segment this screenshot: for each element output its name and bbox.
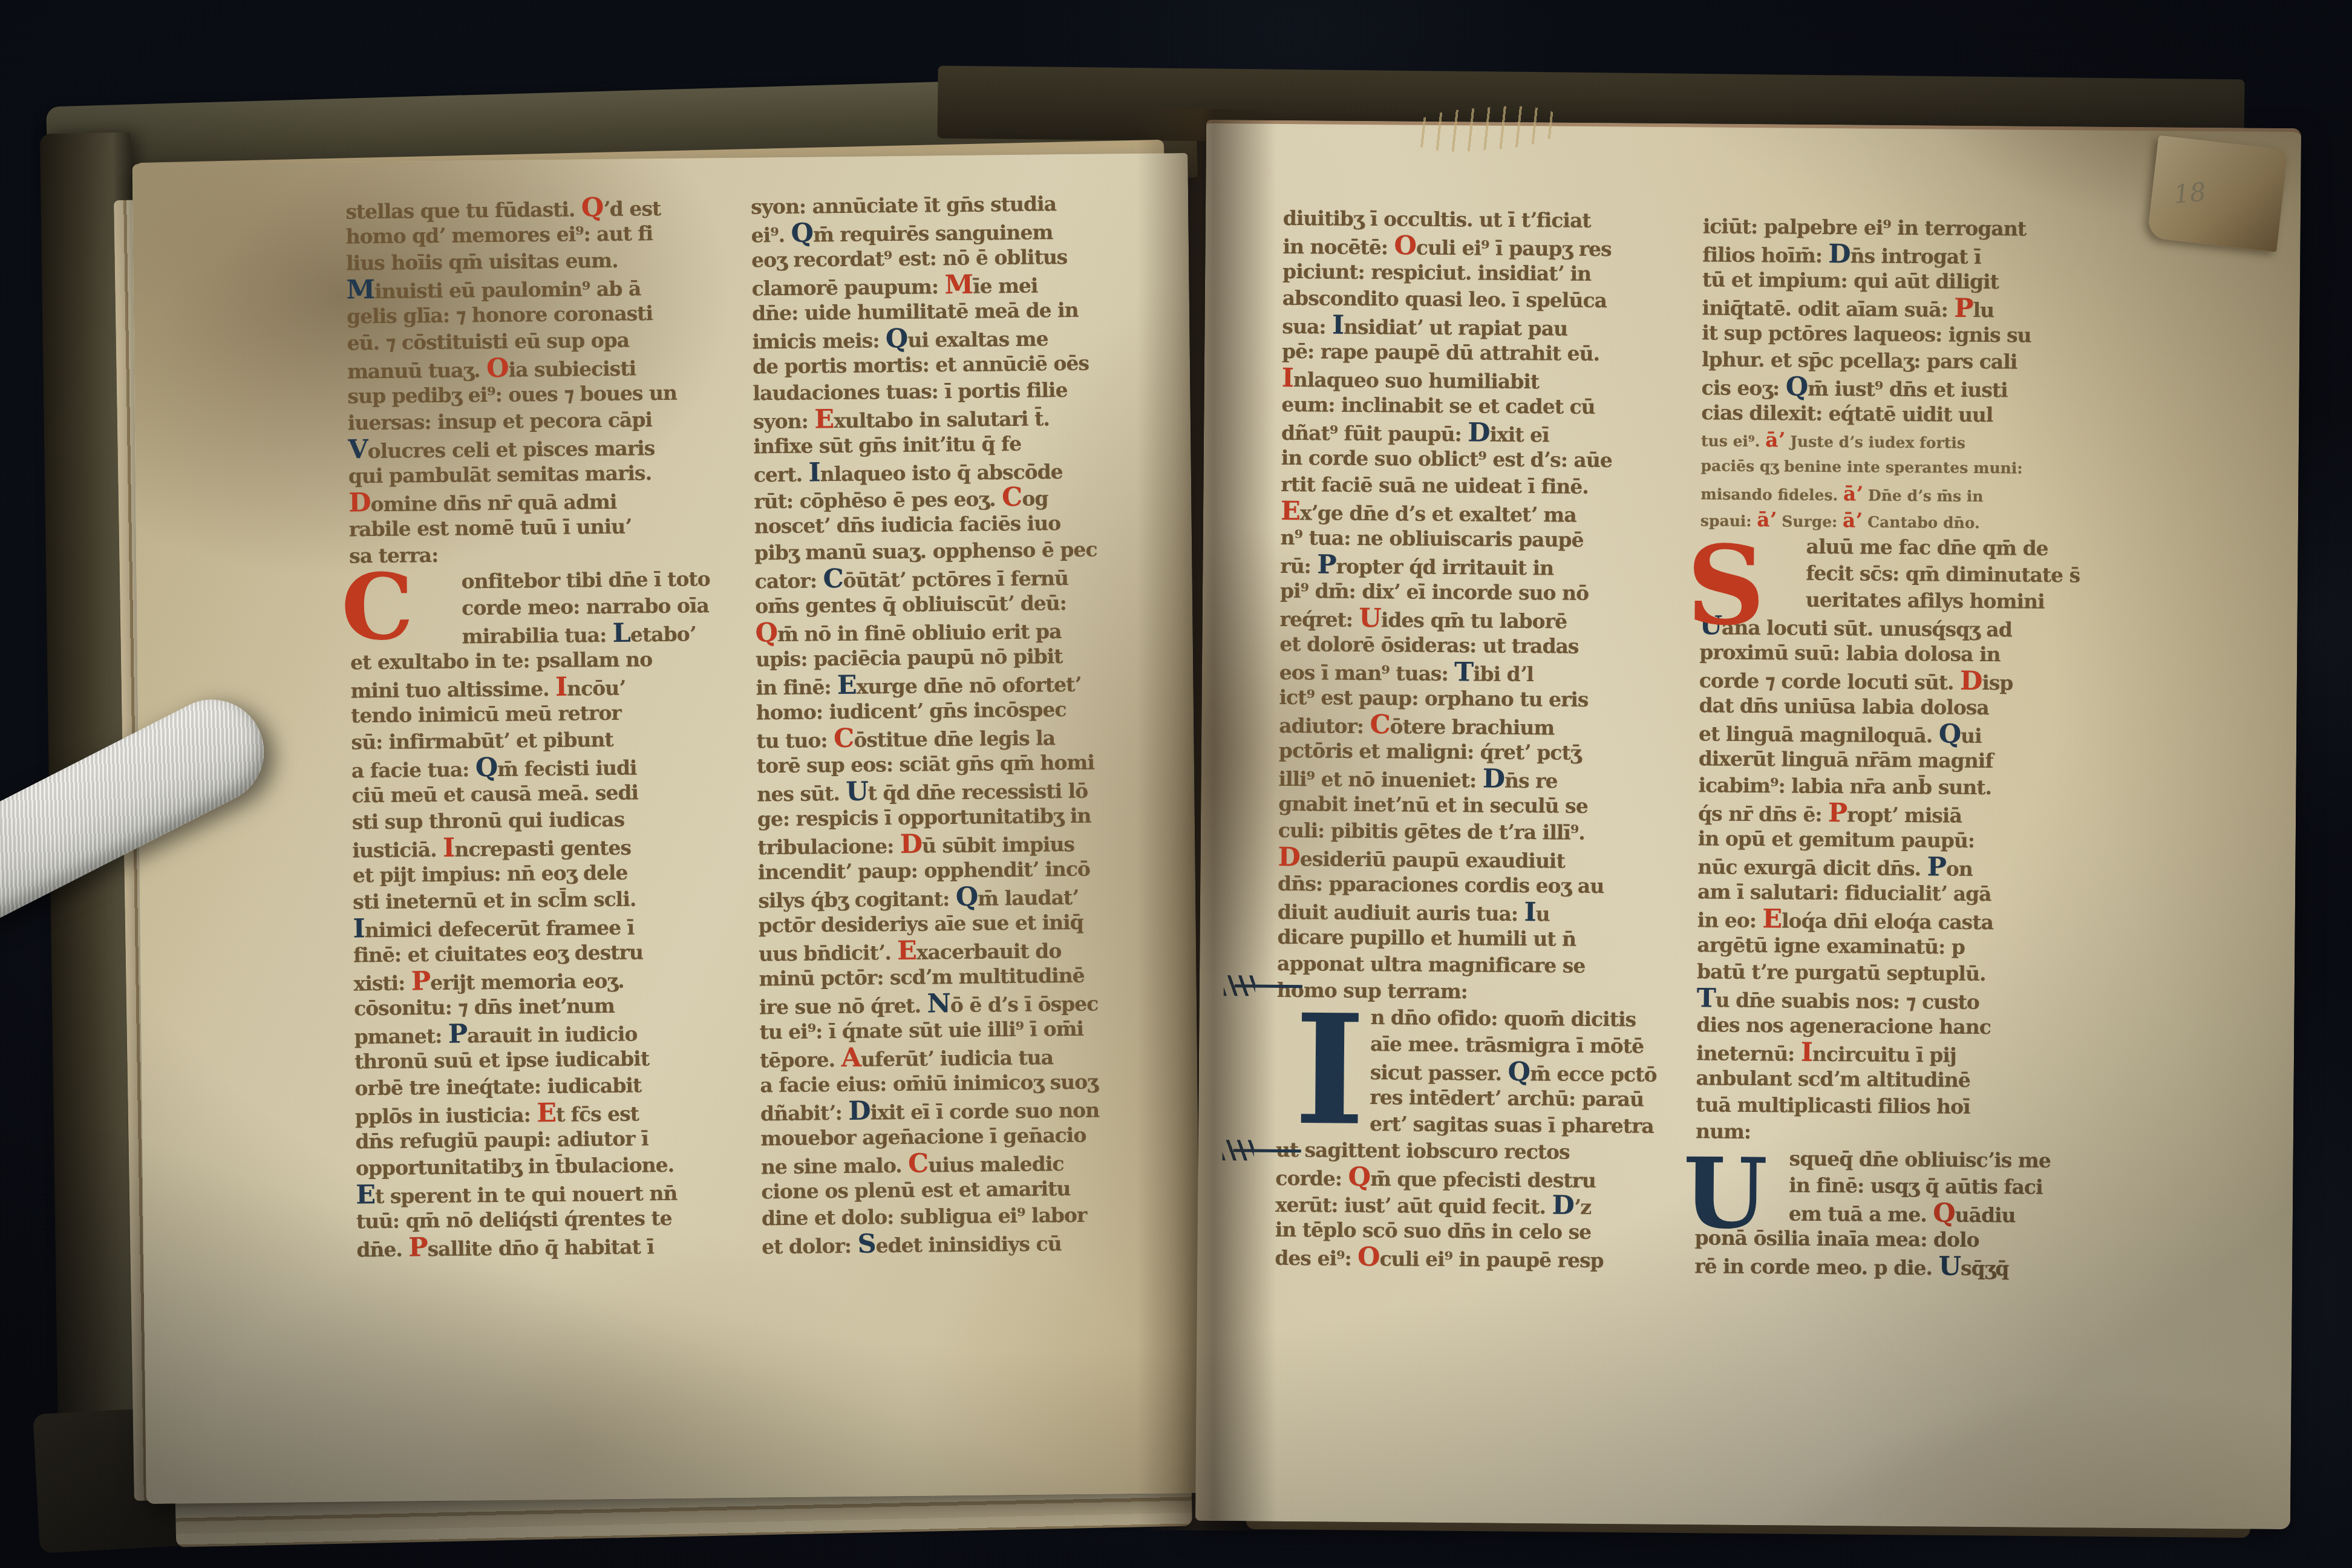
manuscript-text: inuisti eū paulomin⁹ ab ā	[374, 276, 641, 303]
manuscript-line: dñat⁹ fūit paupū: Dixit eī	[1281, 418, 1674, 448]
versal-initial: āʼ	[1843, 508, 1863, 532]
manuscript-line: ineternū: Incircuitu ī pij	[1696, 1038, 2096, 1068]
manuscript-line: xisti: Perijt memoria eoʒ.	[353, 965, 753, 996]
manuscript-text: ict⁹ est paup: orphano tu eris	[1279, 685, 1588, 711]
manuscript-text: og	[1022, 486, 1048, 510]
manuscript-text: et dolor:	[762, 1234, 858, 1259]
manuscript-text: ncrepasti gentes	[454, 836, 631, 861]
manuscript-text: ōstitue dn̄e legis la	[854, 726, 1055, 751]
manuscript-line: sti sup thronū qui iudicas	[352, 805, 751, 836]
versal-initial: I	[1282, 363, 1293, 393]
manuscript-line: incenditʼ paup: opphenditʼ incō	[758, 855, 1157, 886]
manuscript-text: illi⁹ et nō inueniet:	[1278, 767, 1483, 792]
manuscript-line: corde ⁊ corde locuti sūt. Disp	[1699, 665, 2099, 695]
manuscript-line: a facie eius: om̄iū inimicoʒ suoʒ	[760, 1068, 1159, 1099]
versal-initial: V	[348, 434, 368, 465]
manuscript-text: ō ē dʼs ī ōspec	[950, 992, 1099, 1018]
manuscript-text: tendo inimicū meū retror	[351, 701, 621, 728]
manuscript-line: laudaciones tuas: ī portis filie	[753, 376, 1152, 407]
manuscript-text: pmanet:	[354, 1024, 448, 1049]
manuscript-text: et pijt impius: nn̄ eoʒ dele	[353, 861, 628, 887]
manuscript-line: pibʒ manū suaʒ. opphenso ē pec	[754, 536, 1154, 567]
manuscript-line: ne sine malo. Cuius maledic	[761, 1148, 1160, 1178]
versal-initial: Q	[1933, 1198, 1955, 1228]
manuscript-text: m̄ iust⁹ dn̄s et iusti	[1808, 377, 2008, 402]
manuscript-line: tu ei⁹: ī q́nate sūt uie illi⁹ ī om̄i	[759, 1015, 1158, 1046]
manuscript-text: torē sup eos: sciāt gn̄s qm̄ homi	[757, 751, 1094, 778]
manuscript-text: upis: paciēcia paupū nō pibit	[756, 644, 1063, 671]
manuscript-line: Exʼge dn̄e dʼs et exaltetʼ ma	[1281, 498, 1674, 528]
manuscript-text: xisti:	[353, 971, 411, 995]
drop-cap-in-domino: I	[1294, 994, 1366, 1146]
manuscript-text: omine dn̄s nr̄ quā admi	[370, 490, 616, 516]
manuscript-text: paciēs qʒ benine inte sperantes muni:	[1701, 457, 2023, 477]
manuscript-text: a facie eius: om̄iū inimicoʒ suoʒ	[760, 1070, 1098, 1097]
versal-initial: P	[448, 1019, 468, 1049]
manuscript-line: batū tʼre purgatū septuplū.	[1697, 958, 2096, 988]
manuscript-text: dies nos ageneracione hanc	[1696, 1013, 1991, 1039]
versal-initial: Q	[955, 882, 978, 912]
manuscript-text: sti sup thronū qui iudicas	[352, 808, 625, 834]
manuscript-text: nlaqueo suo humiliabit	[1293, 368, 1540, 393]
drop-cap-confitebor: C	[341, 561, 414, 653]
manuscript-line: dn̄e. Psallite dn̄o q̄ habitat ī	[356, 1231, 756, 1262]
manuscript-line: tū et impium: qui aūt diligit	[1702, 266, 2102, 296]
manuscript-text: incenditʼ paup: opphenditʼ incō	[758, 857, 1091, 884]
versal-initial: āʼ	[1765, 428, 1785, 451]
manuscript-line: imicis meis: Qui exaltas me	[752, 323, 1151, 354]
manuscript-text: cias dilexit: eq́tatē uidit uul	[1701, 400, 1993, 426]
manuscript-text: stellas que tu fūdasti.	[345, 197, 581, 223]
manuscript-text: t fc̄s est	[556, 1102, 639, 1126]
versal-initial: Q	[1348, 1162, 1370, 1192]
manuscript-line: rabile est nomē tuū ī uniuʼ	[349, 512, 748, 543]
manuscript-line: lphur. et sp̄c pcellaʒ: pars cali	[1702, 346, 2101, 376]
manuscript-line: in eo: Eloq́a dn̄i eloq́a casta	[1697, 905, 2097, 935]
manuscript-text: ncircuitu ī pij	[1812, 1042, 1956, 1067]
versal-initial: C	[1370, 710, 1390, 740]
manuscript-text: tu tuo:	[756, 728, 834, 753]
manuscript-text: iuersas: insup et pecora cāpi	[348, 408, 652, 434]
manuscript-text: syon:	[753, 409, 815, 433]
manuscript-text: noscetʼ dn̄s iudicia faciēs iuo	[754, 511, 1061, 538]
manuscript-text: u	[1536, 902, 1550, 926]
manuscript-line: lius hoīis qm̄ uisitas eum.	[346, 246, 745, 277]
versal-initial: Q	[1786, 371, 1808, 402]
manuscript-line: xerūt: iustʼ aūt quid fecit. Dʼz	[1275, 1190, 1668, 1220]
manuscript-line: thronū suū et ipse iudicabit	[354, 1045, 754, 1076]
manuscript-text: tu ei⁹: ī q́nate sūt uie illi⁹ ī om̄i	[759, 1017, 1083, 1044]
manuscript-line: in finē: Exurge dn̄e nō ofortetʼ	[756, 669, 1155, 700]
manuscript-text: ōtere brachium	[1390, 714, 1555, 739]
versal-initial: Q	[581, 192, 604, 223]
manuscript-line: tus ei⁹. āʼ Juste dʼs iudex fortis	[1701, 426, 2100, 456]
manuscript-line: om̄s gentes q̄ obliuiscūtʼ deū:	[755, 589, 1154, 620]
manuscript-line: noscetʼ dn̄s iudicia faciēs iuo	[754, 509, 1154, 540]
manuscript-text: n⁹ tua: ne obliuiscaris paupē	[1281, 526, 1584, 552]
versal-initial: Q	[1508, 1057, 1530, 1087]
manuscript-text: minū pctōr: scdʼm multitudinē	[759, 964, 1084, 991]
manuscript-line: ge: respicis ī opportunitatibʒ in	[757, 802, 1157, 833]
versal-initial: I	[555, 672, 567, 702]
manuscript-line: qui pambulāt semitas maris.	[348, 459, 748, 490]
manuscript-text: diuitibʒ ī occultis. ut ī tʼficiat	[1283, 206, 1591, 232]
manuscript-text: sicut passer.	[1370, 1060, 1508, 1085]
text-column: iciūt: palpebre ei⁹ in terrogantfilios h…	[1694, 213, 2102, 1281]
manuscript-line: req́ret: Uides qm̄ tu laborē	[1279, 604, 1673, 634]
versal-initial: P	[1317, 549, 1336, 580]
manuscript-text: lius hoīis qm̄ uisitas eum.	[346, 249, 618, 275]
manuscript-line: minū pctōr: scdʼm multitudinē	[759, 962, 1158, 993]
manuscript-text: lu	[1973, 298, 1994, 322]
manuscript-text: dine et dolo: subligua ei⁹ labor	[762, 1203, 1087, 1230]
versal-initial: C	[834, 724, 854, 754]
manuscript-line: Tu dn̄e suabis nos: ⁊ custo	[1697, 985, 2096, 1014]
manuscript-line: piciunt: respiciut. insidiatʼ in	[1282, 258, 1676, 288]
manuscript-text: eoʒ recordat⁹ est: nō ē oblitus	[751, 245, 1068, 272]
manuscript-line: rūt: cōphēso ē pes eoʒ. Cog	[754, 483, 1153, 514]
versal-initial: D	[1278, 842, 1300, 872]
manuscript-text: ire sue nō q́ret.	[759, 994, 927, 1019]
manuscript-line: it sup pctōres laqueos: ignis su	[1702, 319, 2101, 349]
versal-initial: D	[1828, 239, 1851, 269]
manuscript-text: iniq̄tatē. odit aīam suā:	[1702, 296, 1955, 321]
manuscript-text: dn̄s refugiū paupi: adiutor ī	[355, 1126, 648, 1153]
manuscript-line: Inlaqueo suo humiliabit	[1282, 365, 1675, 394]
manuscript-text: aluū me fac dn̄e qm̄ de	[1806, 535, 2048, 560]
manuscript-line: culi: pibitis gētes de tʼra illī⁹.	[1278, 817, 1671, 847]
manuscript-text: tēpore.	[760, 1048, 841, 1072]
versal-initial: E	[814, 404, 834, 434]
manuscript-text: in eo:	[1697, 908, 1763, 932]
manuscript-line: adiutor: Cōtere brachium	[1279, 711, 1672, 740]
manuscript-text: ixit eī	[1489, 423, 1549, 447]
manuscript-text: u dn̄e suabis nos: ⁊ custo	[1715, 988, 1979, 1014]
text-column: syon: annūciate īt gn̄s studiaei⁹. Qm̄ r…	[751, 190, 1161, 1259]
manuscript-text: tribulacione:	[757, 834, 900, 859]
manuscript-text: uferūtʼ iudicia tua	[861, 1045, 1053, 1071]
manuscript-text: tuā multiplicasti filios hoī	[1696, 1093, 1970, 1119]
manuscript-text: culi: pibitis gētes de tʼra illī⁹.	[1278, 818, 1585, 844]
manuscript-line: tuā multiplicasti filios hoī	[1696, 1091, 2095, 1121]
manuscript-text: onfitebor tibi dn̄e ī toto	[461, 567, 710, 593]
manuscript-text: culi ei⁹ ī paupʒ res	[1416, 236, 1612, 261]
manuscript-text: it sup pctōres laqueos: ignis su	[1702, 321, 2031, 347]
manuscript-line: Inimici defecerūt framee ī	[353, 912, 752, 942]
manuscript-text: adiutor:	[1279, 714, 1370, 738]
manuscript-text: ʼd est	[603, 197, 661, 221]
manuscript-line: dies nos ageneracione hanc	[1696, 1011, 2096, 1041]
manuscript-line: nūc exurgā dicit dn̄s. Pon	[1697, 852, 2097, 881]
manuscript-text: ixit eī ī corde suo non	[870, 1099, 1099, 1125]
manuscript-text: ū sūbit impius	[922, 832, 1074, 858]
versal-initial: āʼ	[1843, 482, 1863, 505]
versal-initial: D	[900, 829, 922, 860]
versal-initial: S	[857, 1229, 876, 1259]
manuscript-text: ana locuti sūt. unusq́sqʒ ad	[1722, 616, 2012, 642]
manuscript-text: dñabitʼ:	[760, 1101, 849, 1126]
manuscript-line: sua: Insidiatʼ ut rapiat pau	[1282, 312, 1675, 341]
manuscript-line: illi⁹ et nō inueniet: Dn̄s re	[1278, 764, 1671, 794]
manuscript-text: sua:	[1282, 315, 1332, 339]
manuscript-text: diuit audiuit auris tua:	[1278, 900, 1524, 926]
manuscript-line: syon: annūciate īt gn̄s studia	[751, 190, 1150, 221]
manuscript-line: ei⁹. Qm̄ requirēs sanguinem	[751, 217, 1150, 247]
manuscript-line: rtit faciē suā ne uideat ī finē.	[1281, 471, 1674, 501]
manuscript-line: eum: inclinabit se et cadet cū	[1281, 391, 1674, 421]
manuscript-text: ge: respicis ī opportunitatibʒ in	[757, 804, 1091, 831]
manuscript-line: iuersas: insup et pecora cāpi	[348, 406, 747, 437]
manuscript-line: pctōr desideriys aīe sue et iniq̄	[758, 909, 1157, 939]
versal-initial: Q	[886, 324, 908, 354]
manuscript-text: xurge dn̄e nō ofortetʼ	[856, 673, 1081, 699]
manuscript-text: piciunt: respiciut. insidiatʼ in	[1282, 260, 1591, 286]
manuscript-text: sq̄ʒq̄	[1961, 1256, 2009, 1281]
manuscript-line: dn̄s: pparaciones cordis eoʒ au	[1278, 871, 1671, 900]
manuscript-line: et linguā magniloquā. Qui	[1699, 719, 2098, 748]
manuscript-text: culi ei⁹ in paupē resp	[1379, 1247, 1603, 1272]
manuscript-line: des ei⁹: Oculi ei⁹ in paupē resp	[1275, 1243, 1668, 1273]
manuscript-text: roptʼ misiā	[1847, 803, 1962, 827]
manuscript-text: pē: rape paupē dū attrahit eū.	[1282, 339, 1599, 365]
manuscript-text: q́s nr̄ dn̄s ē:	[1698, 802, 1828, 826]
manuscript-text: imicis meis:	[752, 328, 886, 353]
versal-initial: D	[1483, 764, 1505, 794]
manuscript-text: m̄ fecisti iudi	[497, 756, 637, 781]
manuscript-text: argētū igne examinatū: p	[1697, 933, 1965, 958]
manuscript-text: etaboʼ	[630, 622, 696, 646]
manuscript-text: pi⁹ dm̄: dixʼ eī incorde suo nō	[1280, 579, 1589, 605]
manuscript-line: cator: Cōūtātʼ pctōres ī fernū	[754, 563, 1154, 593]
manuscript-text: des ei⁹:	[1275, 1246, 1357, 1270]
manuscript-line: dicare pupillo et humili ut n̄	[1277, 924, 1670, 953]
manuscript-line: icabim⁹: labia nr̄a anb̄ sunt.	[1698, 772, 2097, 802]
manuscript-text: m̄ ecce pctō	[1530, 1062, 1657, 1086]
versal-initial: U	[1938, 1251, 1961, 1281]
versal-initial: I	[443, 833, 455, 863]
turned-page-corner	[2147, 136, 2288, 252]
manuscript-text: rabile est nomē tuū ī uniuʼ	[349, 515, 632, 541]
drop-cap-salvum: S	[1686, 531, 1765, 641]
manuscript-line: argētū igne examinatū: p	[1697, 932, 2096, 961]
manuscript-text: syon: annūciate īt gn̄s studia	[751, 192, 1056, 218]
manuscript-line: a facie tua: Qm̄ fecisti iudi	[351, 752, 751, 783]
manuscript-text: edet ininsidiys cū	[875, 1232, 1061, 1257]
versal-initial: D	[1960, 666, 1982, 696]
manuscript-line: mouebor agen̄acione ī gen̄acio	[760, 1121, 1160, 1152]
manuscript-line: manuū tuaʒ. Oia subiecisti	[347, 353, 746, 384]
manuscript-line: gnabit inetʼnū et in seculū se	[1278, 791, 1671, 820]
manuscript-line: cōsonitu: ⁊ dn̄s inetʼnum	[354, 991, 753, 1022]
manuscript-line: eū. ⁊ cōstituisti eū sup opa	[347, 326, 746, 357]
manuscript-text: om̄s gentes q̄ obliuiscūtʼ deū:	[755, 591, 1067, 618]
manuscript-line: torē sup eos: sciāt gn̄s qm̄ homi	[757, 749, 1156, 780]
manuscript-line: finē: et ciuitates eoʒ destru	[353, 938, 753, 969]
manuscript-line: et dolorē ōsideras: ut tradas	[1279, 631, 1673, 661]
versal-initial: P	[408, 1232, 428, 1263]
manuscript-line: ict⁹ est paup: orphano tu eris	[1279, 684, 1672, 714]
manuscript-text: req́ret:	[1279, 607, 1359, 632]
manuscript-text: cator:	[755, 569, 823, 593]
manuscript-line: de portis mortis: et annūciē oēs	[753, 350, 1152, 381]
manuscript-line: stellas que tu fūdasti. Qʼd est	[345, 193, 745, 224]
manuscript-text: gelis glīa: ⁊ honore coronasti	[347, 301, 653, 328]
manuscript-text: laudaciones tuas: ī portis filie	[753, 378, 1067, 405]
manuscript-line: tendo inimicū meū retror	[351, 699, 750, 730]
manuscript-text: orbē tre ineq́tate: iudicabit	[354, 1073, 641, 1100]
manuscript-text: dñat⁹ fūit paupū:	[1281, 421, 1468, 446]
manuscript-text: gnabit inetʼnū et in seculū se	[1278, 792, 1588, 818]
manuscript-text: ei⁹.	[751, 223, 791, 247]
manuscript-line: opportunitatibʒ in t̄bulacione.	[356, 1151, 755, 1182]
versal-initial: I	[1524, 897, 1535, 927]
manuscript-line: iusticiā. Increpasti gentes	[352, 832, 751, 863]
versal-initial: T	[1454, 657, 1473, 687]
manuscript-line: tēpore. Auferūtʼ iudicia tua	[760, 1042, 1159, 1073]
manuscript-line: homo qdʼ memores ei⁹: aut fi	[345, 220, 745, 250]
versal-initial: Q	[755, 618, 777, 648]
manuscript-text: dat dn̄s uniūsa labia dolosa	[1699, 693, 1989, 719]
manuscript-line: Qm̄ nō in finē obliuio erit pa	[755, 616, 1154, 647]
manuscript-text: am ī salutari: fiducialitʼ agā	[1697, 880, 1991, 906]
manuscript-text: rū:	[1280, 554, 1317, 578]
manuscript-text: homo qdʼ memores ei⁹: aut fi	[346, 221, 653, 248]
manuscript-line: pmanet: Parauit in iudicio	[354, 1018, 753, 1049]
manuscript-line: in corde suo oblict⁹ est dʼs: aūe	[1281, 445, 1674, 474]
manuscript-text: sū: infirmabūtʼ et pibunt	[351, 728, 613, 754]
manuscript-text: m̄ requirēs sanguinem	[813, 220, 1053, 246]
versal-initial: Q	[475, 753, 498, 783]
manuscript-line: apponat ultra magnificare se	[1277, 950, 1670, 980]
manuscript-text: ncōuʼ	[567, 676, 626, 701]
manuscript-line: q́s nr̄ dn̄s ē: Proptʼ misiā	[1698, 799, 2097, 828]
drop-cap-usquequo: U	[1683, 1145, 1768, 1242]
manuscript-line: corde: Qm̄ que pfecisti destru	[1275, 1163, 1668, 1193]
manuscript-line: in opū et gemitum paupū:	[1698, 825, 2097, 855]
manuscript-line: pplōs in iusticia: Et fc̄s est	[355, 1098, 754, 1129]
manuscript-text: nes sūt.	[757, 782, 846, 806]
manuscript-line: nes sūt. Ut q̄d dn̄e recessisti lō	[757, 776, 1156, 806]
manuscript-text: uus bn̄dicitʼ.	[759, 941, 897, 965]
manuscript-text: misando fideles.	[1700, 485, 1843, 504]
manuscript-text: isp	[1982, 671, 2013, 694]
manuscript-text: et dolorē ōsideras: ut tradas	[1279, 632, 1579, 658]
versal-initial: E	[897, 936, 916, 966]
manuscript-text: loq́a dn̄i eloq́a casta	[1782, 909, 1993, 934]
manuscript-text: finē: et ciuitates eoʒ destru	[353, 940, 643, 967]
versal-initial: E	[1281, 496, 1300, 526]
manuscript-text: Cantabo dn̄o.	[1862, 513, 1979, 532]
manuscript-text: ui exaltas me	[907, 327, 1048, 351]
manuscript-line: pctōris et maligni: q́retʼ pctʒ̄	[1279, 737, 1672, 767]
manuscript-text: homo: iudicentʼ gn̄s incōspec	[756, 697, 1067, 724]
versal-initial: E	[837, 670, 857, 701]
manuscript-line: tuū: qm̄ nō deliq́sti q́rentes te	[356, 1204, 756, 1235]
manuscript-line: homo: iudicentʼ gn̄s incōspec	[756, 696, 1155, 727]
manuscript-text: t q̄d dn̄e recessisti lō	[867, 779, 1088, 805]
manuscript-line: cert. Inlaqueo isto q̄ abscōde	[754, 456, 1153, 487]
manuscript-line: upis: paciēcia paupū nō pibit	[756, 642, 1155, 673]
manuscript-text: ʼz	[1574, 1195, 1592, 1219]
manuscript-text: fecit sc̄s: qm̄ diminutate s̄	[1806, 561, 2080, 587]
manuscript-text: uius maledic	[928, 1152, 1064, 1177]
versal-initial: L	[612, 618, 630, 648]
manuscript-text: tus ei⁹.	[1701, 432, 1765, 450]
manuscript-text: ineternū:	[1696, 1041, 1801, 1065]
manuscript-line: Desideriū paupū exaudiuit	[1278, 844, 1671, 874]
manuscript-text: tuū: qm̄ nō deliq́sti q́rentes te	[356, 1206, 672, 1233]
manuscript-text: sti ineternū et in scl̄m scli.	[353, 887, 636, 914]
manuscript-text: filios hoīm̄:	[1702, 243, 1828, 267]
manuscript-line: iciūt: palpebre ei⁹ in terrogant	[1703, 213, 2102, 243]
manuscript-line: dñabitʼ: Dixit eī ī corde suo non	[760, 1094, 1160, 1125]
versal-initial: I	[1801, 1037, 1812, 1068]
manuscript-text: eum: inclinabit se et cadet cū	[1281, 393, 1595, 419]
manuscript-text: tū et impium: qui aūt diligit	[1702, 267, 1999, 293]
manuscript-text: xultabo in salutari t̄.	[834, 407, 1050, 433]
manuscript-text: mouebor agen̄acione ī gen̄acio	[760, 1123, 1086, 1151]
manuscript-text: qui pambulāt semitas maris.	[348, 461, 652, 488]
manuscript-line: am ī salutari: fiducialitʼ agā	[1697, 878, 2097, 908]
manuscript-text: n dn̄o ofido: quom̄ dicitis	[1370, 1005, 1636, 1031]
manuscript-text: ibi dʼl	[1473, 662, 1534, 686]
manuscript-text: corde meo: narrabo oīa	[462, 593, 709, 619]
versal-initial: P	[1954, 293, 1973, 324]
manuscript-text: icabim⁹: labia nr̄a anb̄ sunt.	[1698, 773, 1991, 799]
manuscript-text: et linguā magniloquā.	[1699, 722, 1939, 747]
manuscript-text: ertʼ sagitas suas ī pharetra	[1370, 1112, 1654, 1138]
versal-initial: E	[537, 1098, 556, 1128]
versal-initial: D	[1552, 1190, 1574, 1220]
manuscript-text: aīe mee. trāsmigra ī mōtē	[1370, 1032, 1644, 1058]
manuscript-line: dine et dolo: subligua ei⁹ labor	[762, 1201, 1161, 1232]
versal-initial: T	[1697, 983, 1716, 1013]
manuscript-text: m̄ nō in finē obliuio erit pa	[777, 619, 1062, 646]
manuscript-text: arauit in iudicio	[467, 1022, 638, 1048]
versal-initial: P	[1927, 852, 1946, 882]
versal-initial: C	[908, 1149, 929, 1179]
manuscript-text: Dn̄e dʼs m̄s in	[1863, 486, 1983, 505]
manuscript-text: eū. ⁊ cōstituisti eū sup opa	[347, 328, 629, 355]
manuscript-text: dn̄e: uide humilitatē meā de in	[752, 298, 1079, 325]
versal-initial: E	[1762, 904, 1782, 934]
manuscript-line: dixerūt linguā nr̄ām magnif	[1699, 745, 2098, 775]
manuscript-line: cias dilexit: eq́tatē uidit uul	[1701, 399, 2100, 429]
left-page: stellas que tu fūdasti. Qʼd esthomo qdʼ …	[132, 153, 1201, 1504]
versal-initial: E	[356, 1180, 375, 1210]
manuscript-line: filios hoīm̄: Dn̄s introgat ī	[1702, 240, 2102, 269]
versal-initial: O	[486, 353, 509, 384]
manuscript-text: mini tuo altissime.	[350, 677, 555, 703]
manuscript-text: nsidiatʼ ut rapiat pau	[1344, 315, 1567, 341]
manuscript-text: nlaqueo isto q̄ abscōde	[820, 460, 1062, 486]
manuscript-text: apponat ultra magnificare se	[1277, 952, 1586, 978]
manuscript-text: rūt: cōphēso ē pes eoʒ.	[754, 487, 1002, 513]
manuscript-text: t sperent in te qui nouert nn̄	[375, 1181, 678, 1208]
manuscript-line: pē: rape paupē dū attrahit eū.	[1282, 338, 1675, 368]
versal-initial: I	[1332, 310, 1344, 341]
manuscript-line: sti ineternū et in scl̄m scli.	[353, 885, 752, 916]
versal-initial: M	[944, 270, 973, 300]
manuscript-text: n̄s re	[1504, 769, 1558, 793]
manuscript-text: ia subiecisti	[508, 356, 636, 381]
versal-initial: P	[1828, 798, 1847, 828]
manuscript-line: clamorē paupum: Mīe mei	[751, 270, 1151, 301]
manuscript-line: gelis glīa: ⁊ honore coronasti	[347, 299, 746, 330]
manuscript-line: eoʒ recordat⁹ est: nō ē oblitus	[751, 243, 1151, 274]
manuscript-text: xacerbauit do	[916, 939, 1062, 964]
manuscript-text: uādiu	[1955, 1203, 2015, 1227]
